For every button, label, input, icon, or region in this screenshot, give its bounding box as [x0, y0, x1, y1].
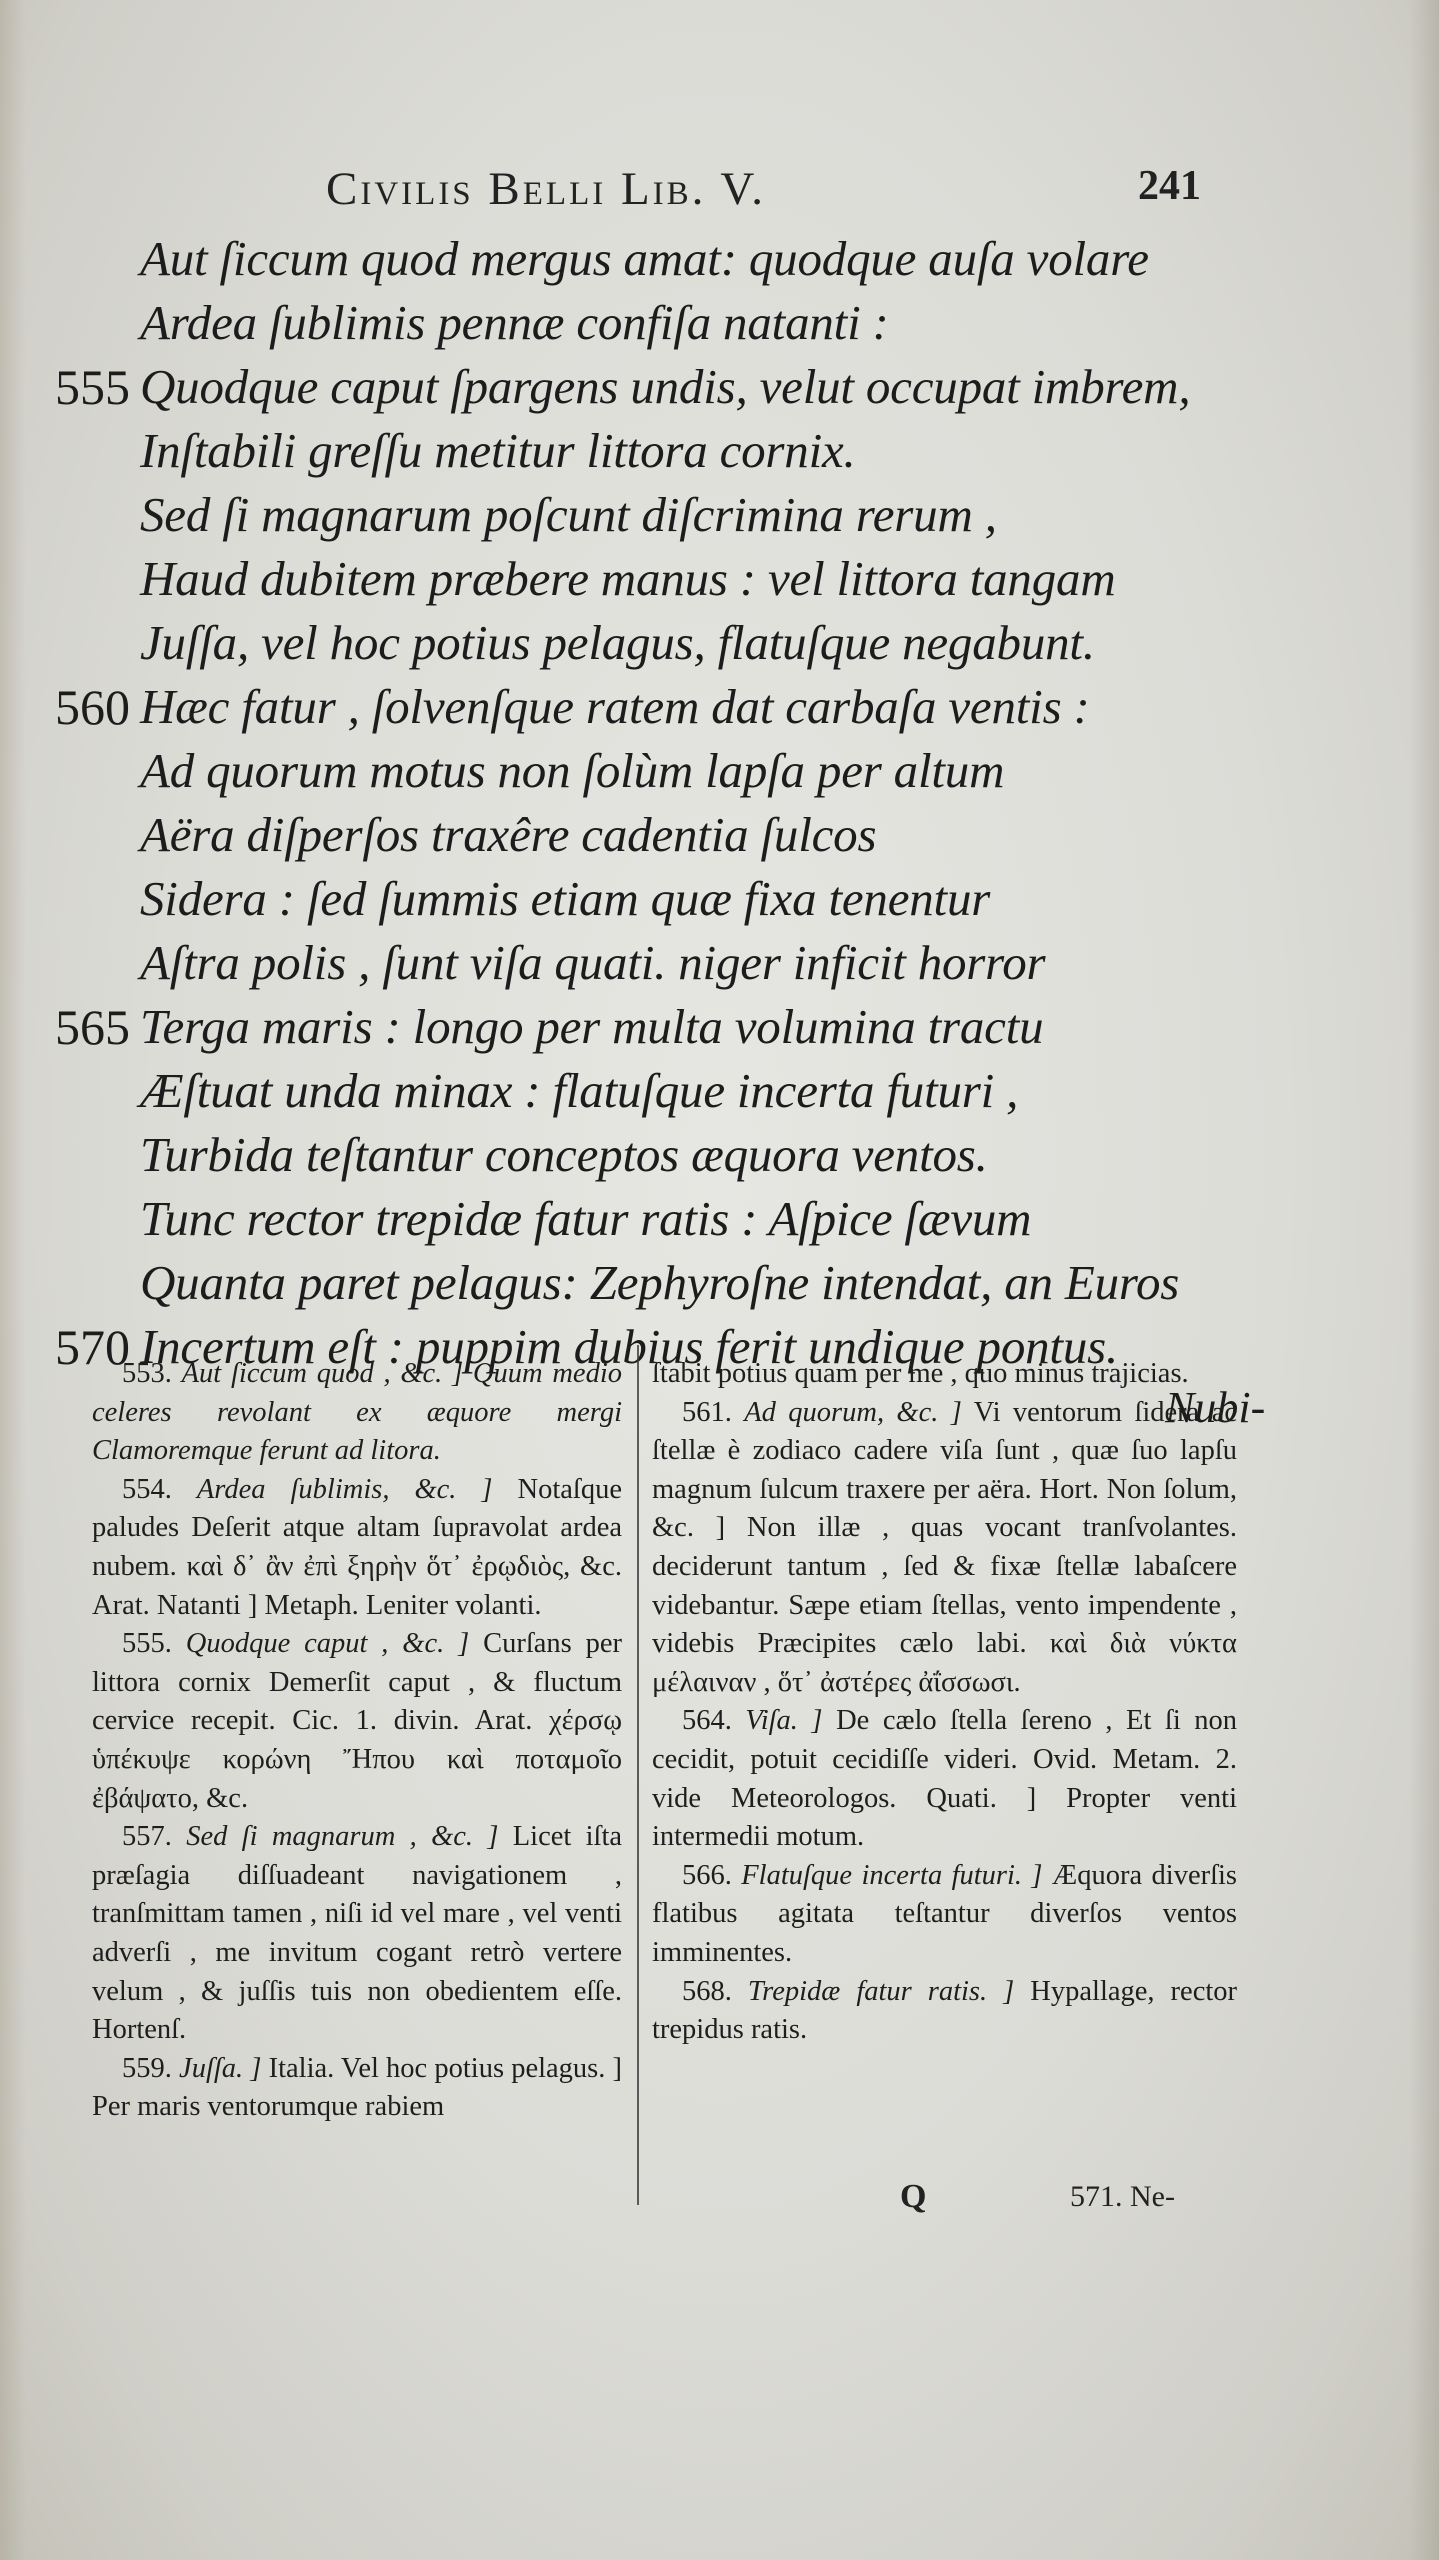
line-number: 565 — [55, 1000, 130, 1054]
footnote: 559. Juſſa. ] Italia. Vel hoc potius pel… — [92, 2050, 622, 2127]
footnote-lemma: Viſa. ] — [745, 1705, 822, 1736]
verse-line: Tunc rector trepidæ fatur ratis : Aſpice… — [140, 1192, 1031, 1246]
footnote-lemma: Sed ſi magnarum , &c. ] — [186, 1821, 498, 1852]
footnote: 564. Viſa. ] De cælo ſtella ſereno , Et … — [652, 1702, 1237, 1856]
footnote-number: 553. — [122, 1358, 172, 1389]
line-number: 555 — [55, 360, 130, 414]
verse-line: Ardea ſublimis pennæ confiſa natanti : — [140, 296, 889, 350]
page-edge-shadow-left — [0, 0, 26, 2560]
footnote-catchword: 571. Ne- — [1070, 2180, 1175, 2214]
running-head: Civilis Belli Lib. V. — [326, 162, 766, 216]
footnote-lemma: Trepidæ fatur ratis. ] — [748, 1976, 1014, 2007]
verse-line: Hæc fatur , ſolvenſque ratem dat carbaſa… — [140, 680, 1090, 734]
footnote: 568. Trepidæ fatur ratis. ] Hypallage, r… — [652, 1973, 1237, 2050]
footnote: 561. Ad quorum, &c. ] Vi ventorum ſidera… — [652, 1394, 1237, 1703]
footnote: 553. Aut ſiccum quod , &c. ] Quum medio … — [92, 1355, 622, 1471]
footnote-text: De cælo ſtella ſereno , Et ſi non cecidi… — [652, 1705, 1237, 1852]
verse-line: Quodque caput ſpargens undis, velut occu… — [140, 360, 1190, 414]
notes-column-left: 553. Aut ſiccum quod , &c. ] Quum medio … — [92, 1355, 622, 2127]
signature-mark: Q — [900, 2178, 926, 2216]
verse-line: Inſtabili greſſu metitur littora cornix. — [140, 424, 856, 478]
footnote-text: Vi ventorum ſidera ac ſtellæ è zodiaco c… — [652, 1397, 1237, 1698]
verse-line: Turbida teſtantur conceptos æquora vento… — [140, 1128, 988, 1182]
verse-line: Aëra diſperſos traxêre cadentia ſulcos — [140, 808, 876, 862]
verse-line: Aſtra polis , ſunt viſa quati. niger inf… — [140, 936, 1045, 990]
footnote-number: 568. — [682, 1976, 732, 2007]
notes-column-right: ſtabit potius quam per me , quo minus tr… — [652, 1355, 1237, 2050]
page-number: 241 — [1138, 162, 1201, 210]
footnote-number: 561. — [682, 1397, 732, 1428]
footnote-text: ſtabit potius quam per me , quo minus tr… — [652, 1358, 1189, 1389]
verse-line: Ad quorum motus non ſolùm lapſa per altu… — [140, 744, 1004, 798]
verse-line: Sed ſi magnarum poſcunt diſcrimina rerum… — [140, 488, 997, 542]
footnote-continuation: ſtabit potius quam per me , quo minus tr… — [652, 1355, 1237, 1394]
column-rule — [637, 1345, 639, 2205]
footnote-lemma: Flatuſque incerta futuri. ] — [741, 1860, 1042, 1891]
verse-line: Terga maris : longo per multa volumina t… — [140, 1000, 1043, 1054]
footnote-lemma: Juſſa. ] — [179, 2053, 261, 2084]
footnote-text: Licet iſta præſagia diſſuadeant navigati… — [92, 1821, 622, 2045]
footnote-number: 557. — [122, 1821, 172, 1852]
footnote-number: 555. — [122, 1628, 172, 1659]
footnote: 566. Flatuſque incerta futuri. ] Æquora … — [652, 1857, 1237, 1973]
page-edge-shadow-right — [1409, 0, 1439, 2560]
footnote-number: 566. — [682, 1860, 732, 1891]
line-number: 560 — [55, 680, 130, 734]
footnote-lemma: Quodque caput , &c. ] — [186, 1628, 469, 1659]
verse-line: Sidera : ſed ſummis etiam quæ fixa tenen… — [140, 872, 990, 926]
verse-line: Aut ſiccum quod mergus amat: quodque auſ… — [140, 232, 1149, 286]
footnote-number: 559. — [122, 2053, 172, 2084]
verse-line: Juſſa, vel hoc potius pelagus, flatuſque… — [140, 616, 1095, 670]
footnote: 554. Ardea ſublimis, &c. ] Notaſque palu… — [92, 1471, 622, 1625]
verse-line: Æſtuat unda minax : flatuſque incerta fu… — [140, 1064, 1018, 1118]
footnote-number: 554. — [122, 1474, 172, 1505]
footnote-lemma: Ardea ſublimis, &c. ] — [197, 1474, 493, 1505]
footnote-number: 564. — [682, 1705, 732, 1736]
footnote-text: Italia. Vel hoc potius pelagus. ] Per ma… — [92, 2053, 622, 2123]
verse-line: Quanta paret pelagus: Zephyroſne intenda… — [140, 1256, 1179, 1310]
footnote: 557. Sed ſi magnarum , &c. ] Licet iſta … — [92, 1818, 622, 2050]
verse-line: Haud dubitem præbere manus : vel littora… — [140, 552, 1116, 606]
footnote-lemma: Ad quorum, &c. ] — [744, 1397, 962, 1428]
footnote: 555. Quodque caput , &c. ] Curſans per l… — [92, 1625, 622, 1818]
book-page: Civilis Belli Lib. V. 241 Aut ſiccum quo… — [0, 0, 1439, 2560]
footnote-lemma: Aut ſiccum quod , &c. ] — [182, 1358, 464, 1389]
